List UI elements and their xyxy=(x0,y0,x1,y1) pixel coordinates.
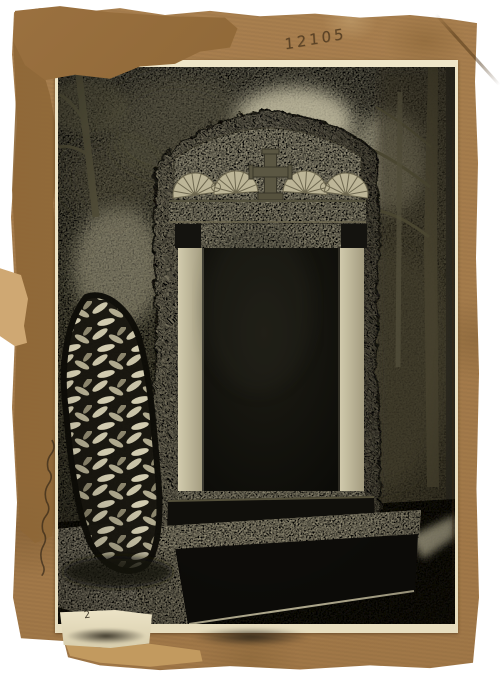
photograph xyxy=(55,60,458,633)
photo-scene xyxy=(58,67,455,624)
crease-right-edge xyxy=(452,70,454,630)
fragment-smudge xyxy=(66,628,146,644)
scanned-photo-card: 12105 2 xyxy=(0,0,500,679)
bottom-smudge xyxy=(192,628,310,646)
pencil-corner-mark: 2 xyxy=(83,610,91,622)
photo-fragment xyxy=(60,610,152,648)
photo-vignette xyxy=(58,67,455,624)
